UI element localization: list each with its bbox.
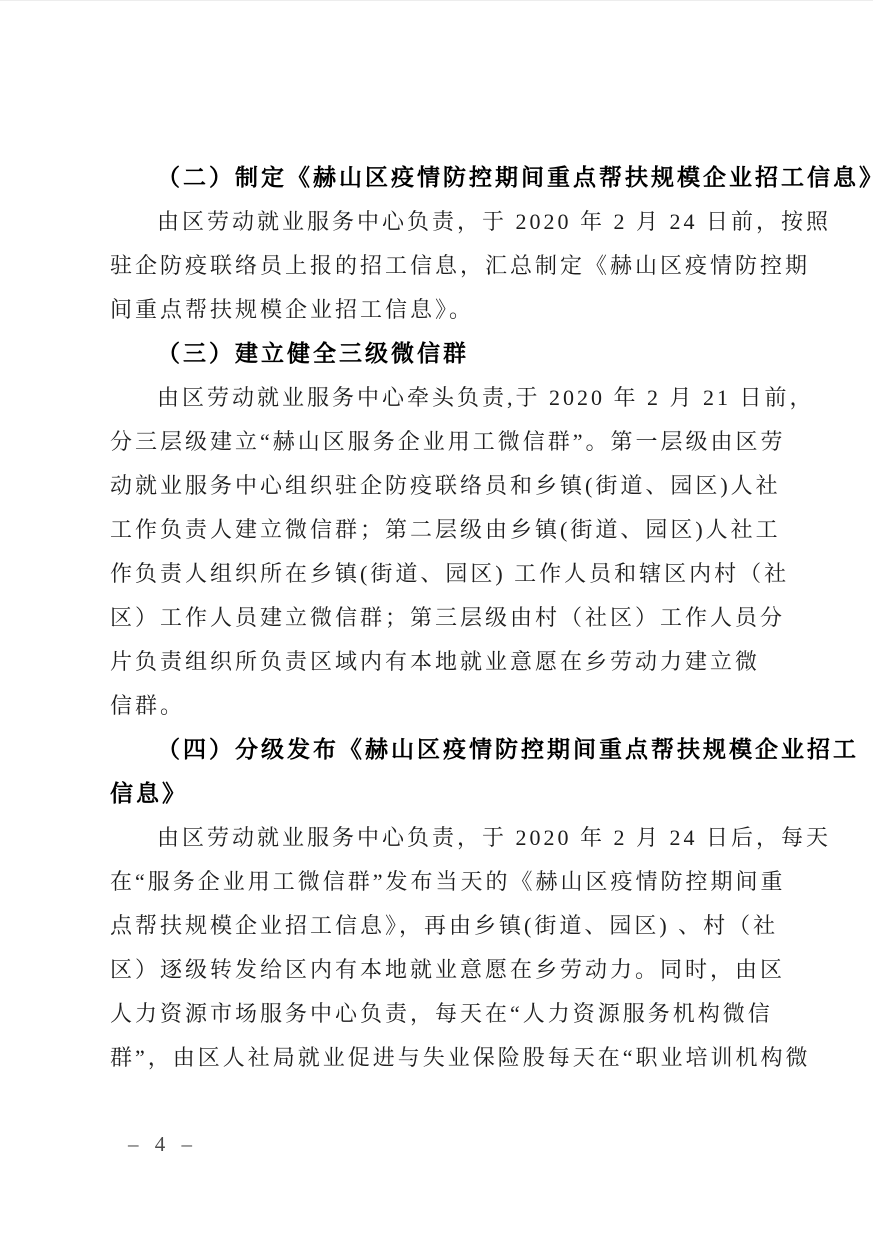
heading-section-4-line1: （四）分级发布《赫山区疫情防控期间重点帮扶规模企业招工	[110, 728, 800, 772]
body-line: 分三层级建立“赫山区服务企业用工微信群”。第一层级由区劳	[110, 420, 800, 464]
page-number: – 4 –	[128, 1129, 194, 1159]
body-line: 间重点帮扶规模企业招工信息》。	[110, 288, 800, 332]
document-page: （二）制定《赫山区疫情防控期间重点帮扶规模企业招工信息》 由区劳动就业服务中心负…	[0, 0, 873, 1235]
heading-section-3: （三）建立健全三级微信群	[110, 332, 800, 376]
body-line: 信群。	[110, 684, 800, 728]
body-line: 人力资源市场服务中心负责，每天在“人力资源服务机构微信	[110, 992, 800, 1036]
body-line: 动就业服务中心组织驻企防疫联络员和乡镇(街道、园区)人社	[110, 464, 800, 508]
body-line: 由区劳动就业服务中心负责，于 2020 年 2 月 24 日后，每天	[110, 816, 800, 860]
body-line: 群”，由区人社局就业促进与失业保险股每天在“职业培训机构微	[110, 1036, 800, 1080]
body-line: 区）逐级转发给区内有本地就业意愿在乡劳动力。同时，由区	[110, 948, 800, 992]
document-body: （二）制定《赫山区疫情防控期间重点帮扶规模企业招工信息》 由区劳动就业服务中心负…	[110, 156, 800, 1080]
scan-artifact-line	[0, 0, 873, 1]
body-line: 作负责人组织所在乡镇(街道、园区) 工作人员和辖区内村（社	[110, 552, 800, 596]
body-line: 由区劳动就业服务中心负责，于 2020 年 2 月 24 日前，按照	[110, 200, 800, 244]
body-line: 片负责组织所负责区域内有本地就业意愿在乡劳动力建立微	[110, 640, 800, 684]
heading-section-2: （二）制定《赫山区疫情防控期间重点帮扶规模企业招工信息》	[110, 156, 800, 200]
body-line: 在“服务企业用工微信群”发布当天的《赫山区疫情防控期间重	[110, 860, 800, 904]
body-line: 区）工作人员建立微信群；第三层级由村（社区）工作人员分	[110, 596, 800, 640]
body-line: 由区劳动就业服务中心牵头负责,于 2020 年 2 月 21 日前，	[110, 376, 800, 420]
body-line: 驻企防疫联络员上报的招工信息，汇总制定《赫山区疫情防控期	[110, 244, 800, 288]
heading-section-4-line2: 信息》	[110, 772, 800, 816]
body-line: 点帮扶规模企业招工信息》，再由乡镇(街道、园区) 、村（社	[110, 904, 800, 948]
body-line: 工作负责人建立微信群；第二层级由乡镇(街道、园区)人社工	[110, 508, 800, 552]
